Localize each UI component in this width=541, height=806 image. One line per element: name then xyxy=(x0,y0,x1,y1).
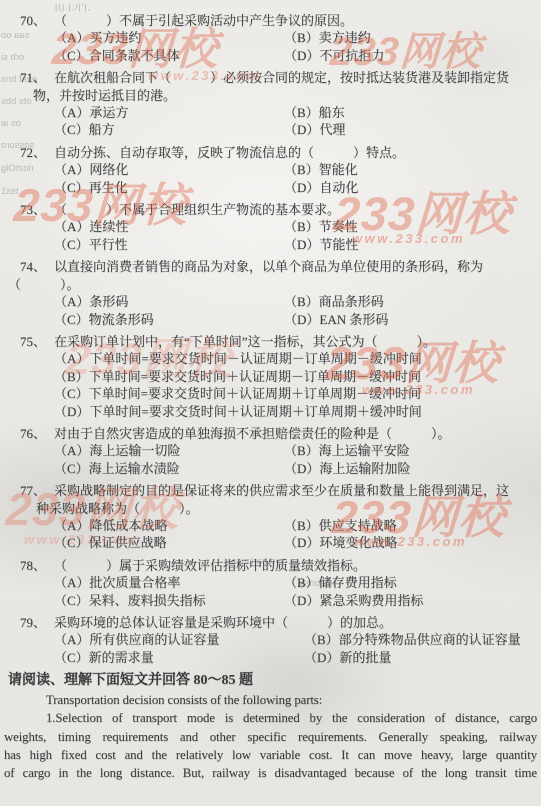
option-c: （C）保证供应战略 xyxy=(54,534,284,551)
question-74: 74、以直接向消费者销售的商品为对象，以单个商品为单位使用的条形码，称为 （ ）… xyxy=(20,258,527,328)
option-c: （C）合同条款不具体 xyxy=(54,47,284,64)
option-b: （B）供应支持战略 xyxy=(284,517,397,534)
option-a: （A）批次质量合格率 xyxy=(54,574,284,591)
question-number: 77、 xyxy=(20,482,54,499)
option-d: （D）代理 xyxy=(284,121,345,138)
option-c: （C）呆料、废料损失指标 xyxy=(54,592,284,609)
question-number: 70、 xyxy=(20,12,54,29)
question-number: 75、 xyxy=(20,333,54,350)
question-number: 76、 xyxy=(20,425,54,442)
question-stem: 在采购订单计划中，有“下单时间”这一指标，其公式为（ ）。 xyxy=(54,333,436,350)
option-a: （A）海上运输一切险 xyxy=(54,442,284,459)
question-72: 72、自动分拣、自动存取等，反映了物流信息的（ ）特点。 （A）网络化（B）智能… xyxy=(20,144,527,196)
passage-line: Transportation decision consists of the … xyxy=(46,691,537,709)
question-number: 73、 xyxy=(20,201,54,218)
option-c: （C）平行性 xyxy=(54,236,284,253)
question-79: 79、采购环境的总体认证容量是采购环境中（ ）的加总。 （A）所有供应商的认证容… xyxy=(20,614,527,666)
question-stem-continued: （ ）。 xyxy=(8,276,527,293)
passage-line: of cargo in the long distance. But, rail… xyxy=(4,764,537,782)
option-b: （B）商品条形码 xyxy=(284,293,384,310)
passage-line: has high fixed cost and the relatively l… xyxy=(4,746,537,764)
question-stem: （ ）不属于合理组织生产物流的基本要求。 xyxy=(54,201,340,218)
option-d: （D）EAN 条形码 xyxy=(284,311,388,328)
question-stem-continued: 种采购战略称为（ ）。 xyxy=(36,500,527,517)
option-c: （C）物流条形码 xyxy=(54,311,284,328)
option-a: （A）条形码 xyxy=(54,293,284,310)
passage-line: 1.Selection of transport mode is determi… xyxy=(46,709,537,727)
option-a: （A）承运方 xyxy=(54,104,284,121)
question-70: 70、（ ）不属于引起采购活动中产生争议的原因。 （A）买方违约（B）卖方违约 … xyxy=(20,12,527,64)
question-number: 71、 xyxy=(20,69,54,86)
question-stem: （ ）属于采购绩效评估指标中的质量绩效指标。 xyxy=(54,557,366,574)
question-78: 78、（ ）属于采购绩效评估指标中的质量绩效指标。 （A）批次质量合格率（B）储… xyxy=(20,557,527,609)
question-number: 72、 xyxy=(20,144,54,161)
question-stem: 采购环境的总体认证容量是采购环境中（ ）的加总。 xyxy=(54,614,392,631)
question-71: 71、在航次租船合同下（ ）必须按合同的规定，按时抵达装货港及装卸指定货 物，并… xyxy=(20,69,527,139)
question-number: 79、 xyxy=(20,614,54,631)
option-b: （B）智能化 xyxy=(284,161,358,178)
option-b: （B）卖方违约 xyxy=(284,29,371,46)
question-number: 74、 xyxy=(20,258,54,275)
question-number: 78、 xyxy=(20,557,54,574)
option-b: （B）储存费用指标 xyxy=(284,574,397,591)
option-a: （A）降低成本战略 xyxy=(54,517,284,534)
option-c: （C）海上运输水渍险 xyxy=(54,460,284,477)
question-75: 75、在采购订单计划中，有“下单时间”这一指标，其公式为（ ）。 （A）下单时间… xyxy=(20,333,527,420)
scanned-exam-page: |(|.|;/|'|, saa oo orb si evaf bns ots b… xyxy=(0,0,541,806)
question-76: 76、对由于自然灾害造成的单独海损不承担赔偿责任的险种是（ ）。 （A）海上运输… xyxy=(20,425,527,477)
question-stem: 在航次租船合同下（ ）必须按合同的规定，按时抵达装货港及装卸指定货 xyxy=(54,69,509,86)
option-a: （A）所有供应商的认证容量 xyxy=(54,631,304,648)
option-b: （B）船东 xyxy=(284,104,345,121)
option-d: （D）节能性 xyxy=(284,236,358,253)
question-stem: （ ）不属于引起采购活动中产生争议的原因。 xyxy=(54,12,353,29)
question-stem: 采购战略制定的目的是保证将来的供应需求至少在质量和数量上能得到满足，这 xyxy=(54,482,509,499)
option-c: （C）下单时间=要求交货时间＋认证周期＋订单周期－缓冲时间 xyxy=(54,385,527,402)
option-d: （D）自动化 xyxy=(284,179,358,196)
option-a: （A）连续性 xyxy=(54,218,284,235)
option-c: （C）新的需求量 xyxy=(54,649,304,666)
passage-line: weights, timing requirements and other s… xyxy=(4,728,537,746)
option-d: （D）海上运输附加险 xyxy=(284,460,410,477)
passage-instructions: 请阅读、理解下面短文并回答 80～85 题 xyxy=(8,671,527,690)
question-stem: 自动分拣、自动存取等，反映了物流信息的（ ）特点。 xyxy=(54,144,405,161)
option-c: （C）船方 xyxy=(54,121,284,138)
option-a: （A）下单时间=要求交货时间－认证周期－订单周期－缓冲时间 xyxy=(54,350,527,367)
question-stem: 以直接向消费者销售的商品为对象，以单个商品为单位使用的条形码，称为 xyxy=(54,258,483,275)
option-b: （B）节奏性 xyxy=(284,218,358,235)
question-73: 73、（ ）不属于合理组织生产物流的基本要求。 （A）连续性（B）节奏性 （C）… xyxy=(20,201,527,253)
reading-passage: Transportation decision consists of the … xyxy=(20,691,537,782)
option-a: （A）买方违约 xyxy=(54,29,284,46)
option-b: （B）下单时间=要求交货时间＋认证周期－订单周期－缓冲时间 xyxy=(54,368,527,385)
option-b: （B）海上运输平安险 xyxy=(284,442,410,459)
question-stem-continued: 物，并按时运抵目的港。 xyxy=(33,87,527,104)
option-d: （D）紧急采购费用指标 xyxy=(284,592,423,609)
exam-content: 70、（ ）不属于引起采购活动中产生争议的原因。 （A）买方违约（B）卖方违约 … xyxy=(0,0,541,782)
option-d: （D）下单时间=要求交货时间＋认证周期＋订单周期＋缓冲时间 xyxy=(54,403,527,420)
option-c: （C）再生化 xyxy=(54,179,284,196)
question-stem: 对由于自然灾害造成的单独海损不承担赔偿责任的险种是（ ）。 xyxy=(54,425,451,442)
option-b: （B）部分特殊物品供应商的认证容量 xyxy=(304,631,521,648)
question-77: 77、采购战略制定的目的是保证将来的供应需求至少在质量和数量上能得到满足，这 种… xyxy=(20,482,527,552)
option-d: （D）环境变化战略 xyxy=(284,534,397,551)
option-a: （A）网络化 xyxy=(54,161,284,178)
option-d: （D）不可抗拒力 xyxy=(284,47,384,64)
option-d: （D）新的批量 xyxy=(304,649,391,666)
